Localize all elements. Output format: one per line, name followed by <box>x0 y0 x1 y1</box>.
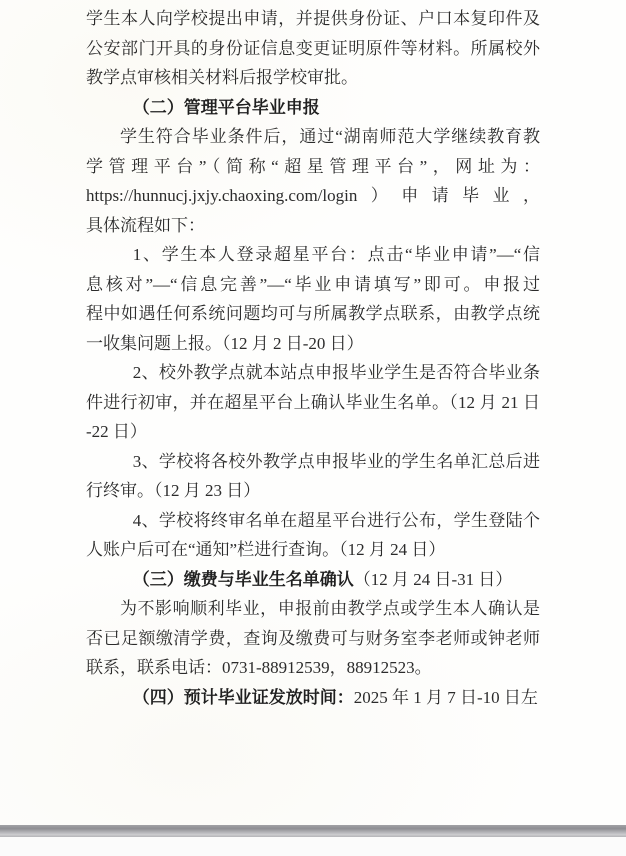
document-text-block: 学生本人向学校提出申请，并提供身份证、户口本复印件及公安部门开具的身份证信息变更… <box>86 4 540 712</box>
document-line: 学管理平台”（简称“超星管理平台”，网址为： <box>86 152 540 182</box>
body-text: 行终审。（12 月 23 日） <box>86 481 260 500</box>
document-line: （四）预计毕业证发放时间：2025 年 1 月 7 日-10 日左 <box>86 683 540 713</box>
document-line: 教学点审核相关材料后报学校审批。 <box>86 63 540 93</box>
body-text: 公安部门开具的身份证信息变更证明原件等材料。所属校外 <box>86 39 540 58</box>
body-text: 为不影响顺利毕业，申报前由教学点或学生本人确认是 <box>120 599 540 618</box>
body-text: 2025 年 1 月 7 日-10 日左 <box>354 688 538 707</box>
document-line: （三）缴费与毕业生名单确认（12 月 24 日-31 日） <box>86 565 540 595</box>
document-line: https://hunnucj.jxjy.chaoxing.com/login）… <box>86 181 540 211</box>
document-line: -22 日） <box>86 417 540 447</box>
document-line: 具体流程如下： <box>86 211 540 241</box>
body-text: https://hunnucj.jxjy.chaoxing.com/login）… <box>86 186 540 205</box>
body-text: 一收集问题上报。（12 月 2 日-20 日） <box>86 334 364 353</box>
document-line: 联系，联系电话：0731-88912539，88912523。 <box>86 653 540 683</box>
document-line: 1、学生本人登录超星平台：点击“毕业申请”—“信 <box>86 240 540 270</box>
body-text: 2、校外教学点就本站点申报毕业学生是否符合毕业条 <box>133 363 540 382</box>
document-line: 公安部门开具的身份证信息变更证明原件等材料。所属校外 <box>86 34 540 64</box>
body-text: -22 日） <box>86 422 147 441</box>
document-line: 4、学校将终审名单在超星平台进行公布，学生登陆个 <box>86 506 540 536</box>
body-text: 件进行初审，并在超星平台上确认毕业生名单。（12 月 21 日 <box>86 393 540 412</box>
document-line: 一收集问题上报。（12 月 2 日-20 日） <box>86 329 540 359</box>
document-line: 学生符合毕业条件后，通过“湖南师范大学继续教育教 <box>86 122 540 152</box>
document-line: 2、校外教学点就本站点申报毕业学生是否符合毕业条 <box>86 358 540 388</box>
document-line: 为不影响顺利毕业，申报前由教学点或学生本人确认是 <box>86 594 540 624</box>
body-text: （12 月 24 日-31 日） <box>354 570 513 589</box>
document-line: 件进行初审，并在超星平台上确认毕业生名单。（12 月 21 日 <box>86 388 540 418</box>
body-text: 否已足额缴清学费，查询及缴费可与财务室李老师或钟老师 <box>86 629 540 648</box>
body-text: 联系，联系电话：0731-88912539，88912523。 <box>86 658 432 677</box>
document-line: 人账户后可在“通知”栏进行查询。（12 月 24 日） <box>86 535 540 565</box>
body-text: 人账户后可在“通知”栏进行查询。（12 月 24 日） <box>86 540 445 559</box>
document-line: （二）管理平台毕业申报 <box>86 93 540 123</box>
document-line: 息核对”—“信息完善”—“毕业申请填写”即可。申报过 <box>86 270 540 300</box>
body-text: 4、学校将终审名单在超星平台进行公布，学生登陆个 <box>133 511 540 530</box>
body-text: 学生本人向学校提出申请，并提供身份证、户口本复印件及 <box>86 9 540 28</box>
page-bottom-divider <box>0 825 626 837</box>
body-text: 息核对”—“信息完善”—“毕业申请填写”即可。申报过 <box>86 275 540 294</box>
document-line: 行终审。（12 月 23 日） <box>86 476 540 506</box>
body-text: 学生符合毕业条件后，通过“湖南师范大学继续教育教 <box>120 127 540 146</box>
document-page: 学生本人向学校提出申请，并提供身份证、户口本复印件及公安部门开具的身份证信息变更… <box>0 0 626 856</box>
body-text: 学管理平台”（简称“超星管理平台”，网址为： <box>86 157 540 176</box>
body-text: 教学点审核相关材料后报学校审批。 <box>86 68 358 87</box>
document-line: 3、学校将各校外教学点申报毕业的学生名单汇总后进 <box>86 447 540 477</box>
document-line: 程中如遇任何系统问题均可与所属教学点联系，由教学点统 <box>86 299 540 329</box>
area-below-divider <box>0 837 626 856</box>
body-text: 3、学校将各校外教学点申报毕业的学生名单汇总后进 <box>133 452 540 471</box>
heading-text: （二）管理平台毕业申报 <box>133 98 320 117</box>
document-line: 否已足额缴清学费，查询及缴费可与财务室李老师或钟老师 <box>86 624 540 654</box>
document-line: 学生本人向学校提出申请，并提供身份证、户口本复印件及 <box>86 4 540 34</box>
body-text: 具体流程如下： <box>86 216 205 235</box>
heading-text: （三）缴费与毕业生名单确认 <box>133 570 354 589</box>
body-text: 程中如遇任何系统问题均可与所属教学点联系，由教学点统 <box>86 304 540 323</box>
heading-text: （四）预计毕业证发放时间： <box>133 688 354 707</box>
body-text: 1、学生本人登录超星平台：点击“毕业申请”—“信 <box>133 245 540 264</box>
